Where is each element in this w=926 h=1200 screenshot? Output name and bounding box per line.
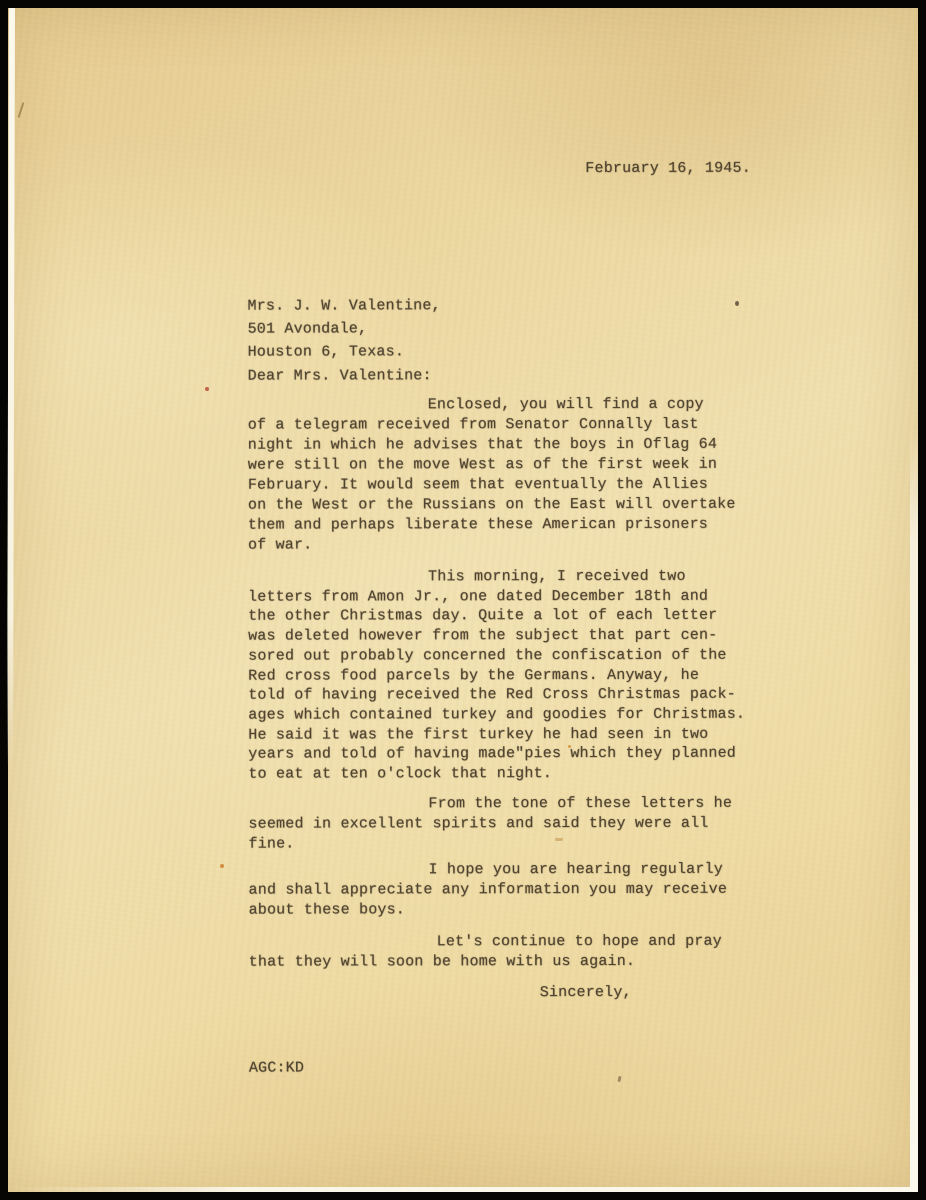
scanned-letter-page: February 16, 1945. Mrs. J. W. Valentine,… <box>0 0 926 1200</box>
typist-initials: AGC:KD <box>249 1058 304 1078</box>
paragraph-hope-and-pray: Let's continue to hope and pray that the… <box>249 932 757 973</box>
recipient-city-line: Houston 6, Texas. <box>248 343 404 360</box>
recipient-address: Mrs. J. W. Valentine, 501 Avondale, Hous… <box>248 294 441 363</box>
recipient-street-line: 501 Avondale, <box>248 320 368 337</box>
paragraph-tone-of-letters: From the tone of these letters he seemed… <box>248 794 756 855</box>
letter-date: February 16, 1945. <box>585 159 751 179</box>
letter-paper: February 16, 1945. Mrs. J. W. Valentine,… <box>8 8 918 1192</box>
paragraph-telegram-news: Enclosed, you will find a copy of a tele… <box>248 395 756 556</box>
closing-sincerely: Sincerely, <box>540 983 632 1003</box>
paragraph-hope-hearing: I hope you are hearing regularly and sha… <box>248 860 756 921</box>
recipient-name-line: Mrs. J. W. Valentine, <box>248 297 441 314</box>
letter-body: February 16, 1945. Mrs. J. W. Valentine,… <box>8 6 920 1192</box>
paragraph-letters-received: This morning, I received two letters fro… <box>248 567 756 785</box>
salutation: Dear Mrs. Valentine: <box>248 366 432 386</box>
